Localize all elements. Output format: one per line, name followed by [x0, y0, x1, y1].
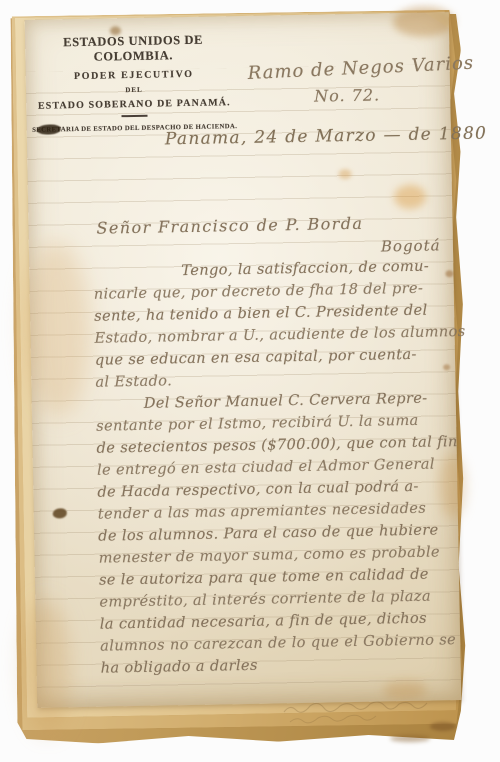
recipient-city: Bogotá — [381, 236, 441, 255]
letterhead-del: DEL — [28, 84, 240, 96]
stain — [394, 185, 426, 210]
letterhead-rule — [121, 115, 147, 117]
stain — [53, 508, 67, 518]
letterhead-branch: PODER EJECUTIVO — [28, 68, 240, 83]
stain — [383, 681, 427, 700]
registry-number: No. 72. — [314, 85, 380, 105]
registry-ramo: Ramo de Negos Varios — [247, 53, 474, 84]
stain — [339, 169, 352, 179]
letter-page: ESTADOS UNIDOS DE COLOMBIA. PODER EJECUT… — [25, 12, 462, 708]
letterhead-state: ESTADO SOBERANO DE PANAMÁ. — [28, 97, 240, 112]
photo-background: ESTADOS UNIDOS DE COLOMBIA. PODER EJECUT… — [0, 0, 500, 762]
letterhead: ESTADOS UNIDOS DE COLOMBIA. PODER EJECUT… — [27, 32, 241, 134]
letterhead-country: ESTADOS UNIDOS DE COLOMBIA. — [27, 32, 240, 66]
corner-fold — [425, 12, 449, 28]
recipient-name: Señor Francisco de P. Borda — [96, 214, 363, 238]
stain — [23, 241, 92, 417]
letter-body: Tengo, la satisfaccion, de comu- nicarle… — [93, 255, 457, 679]
